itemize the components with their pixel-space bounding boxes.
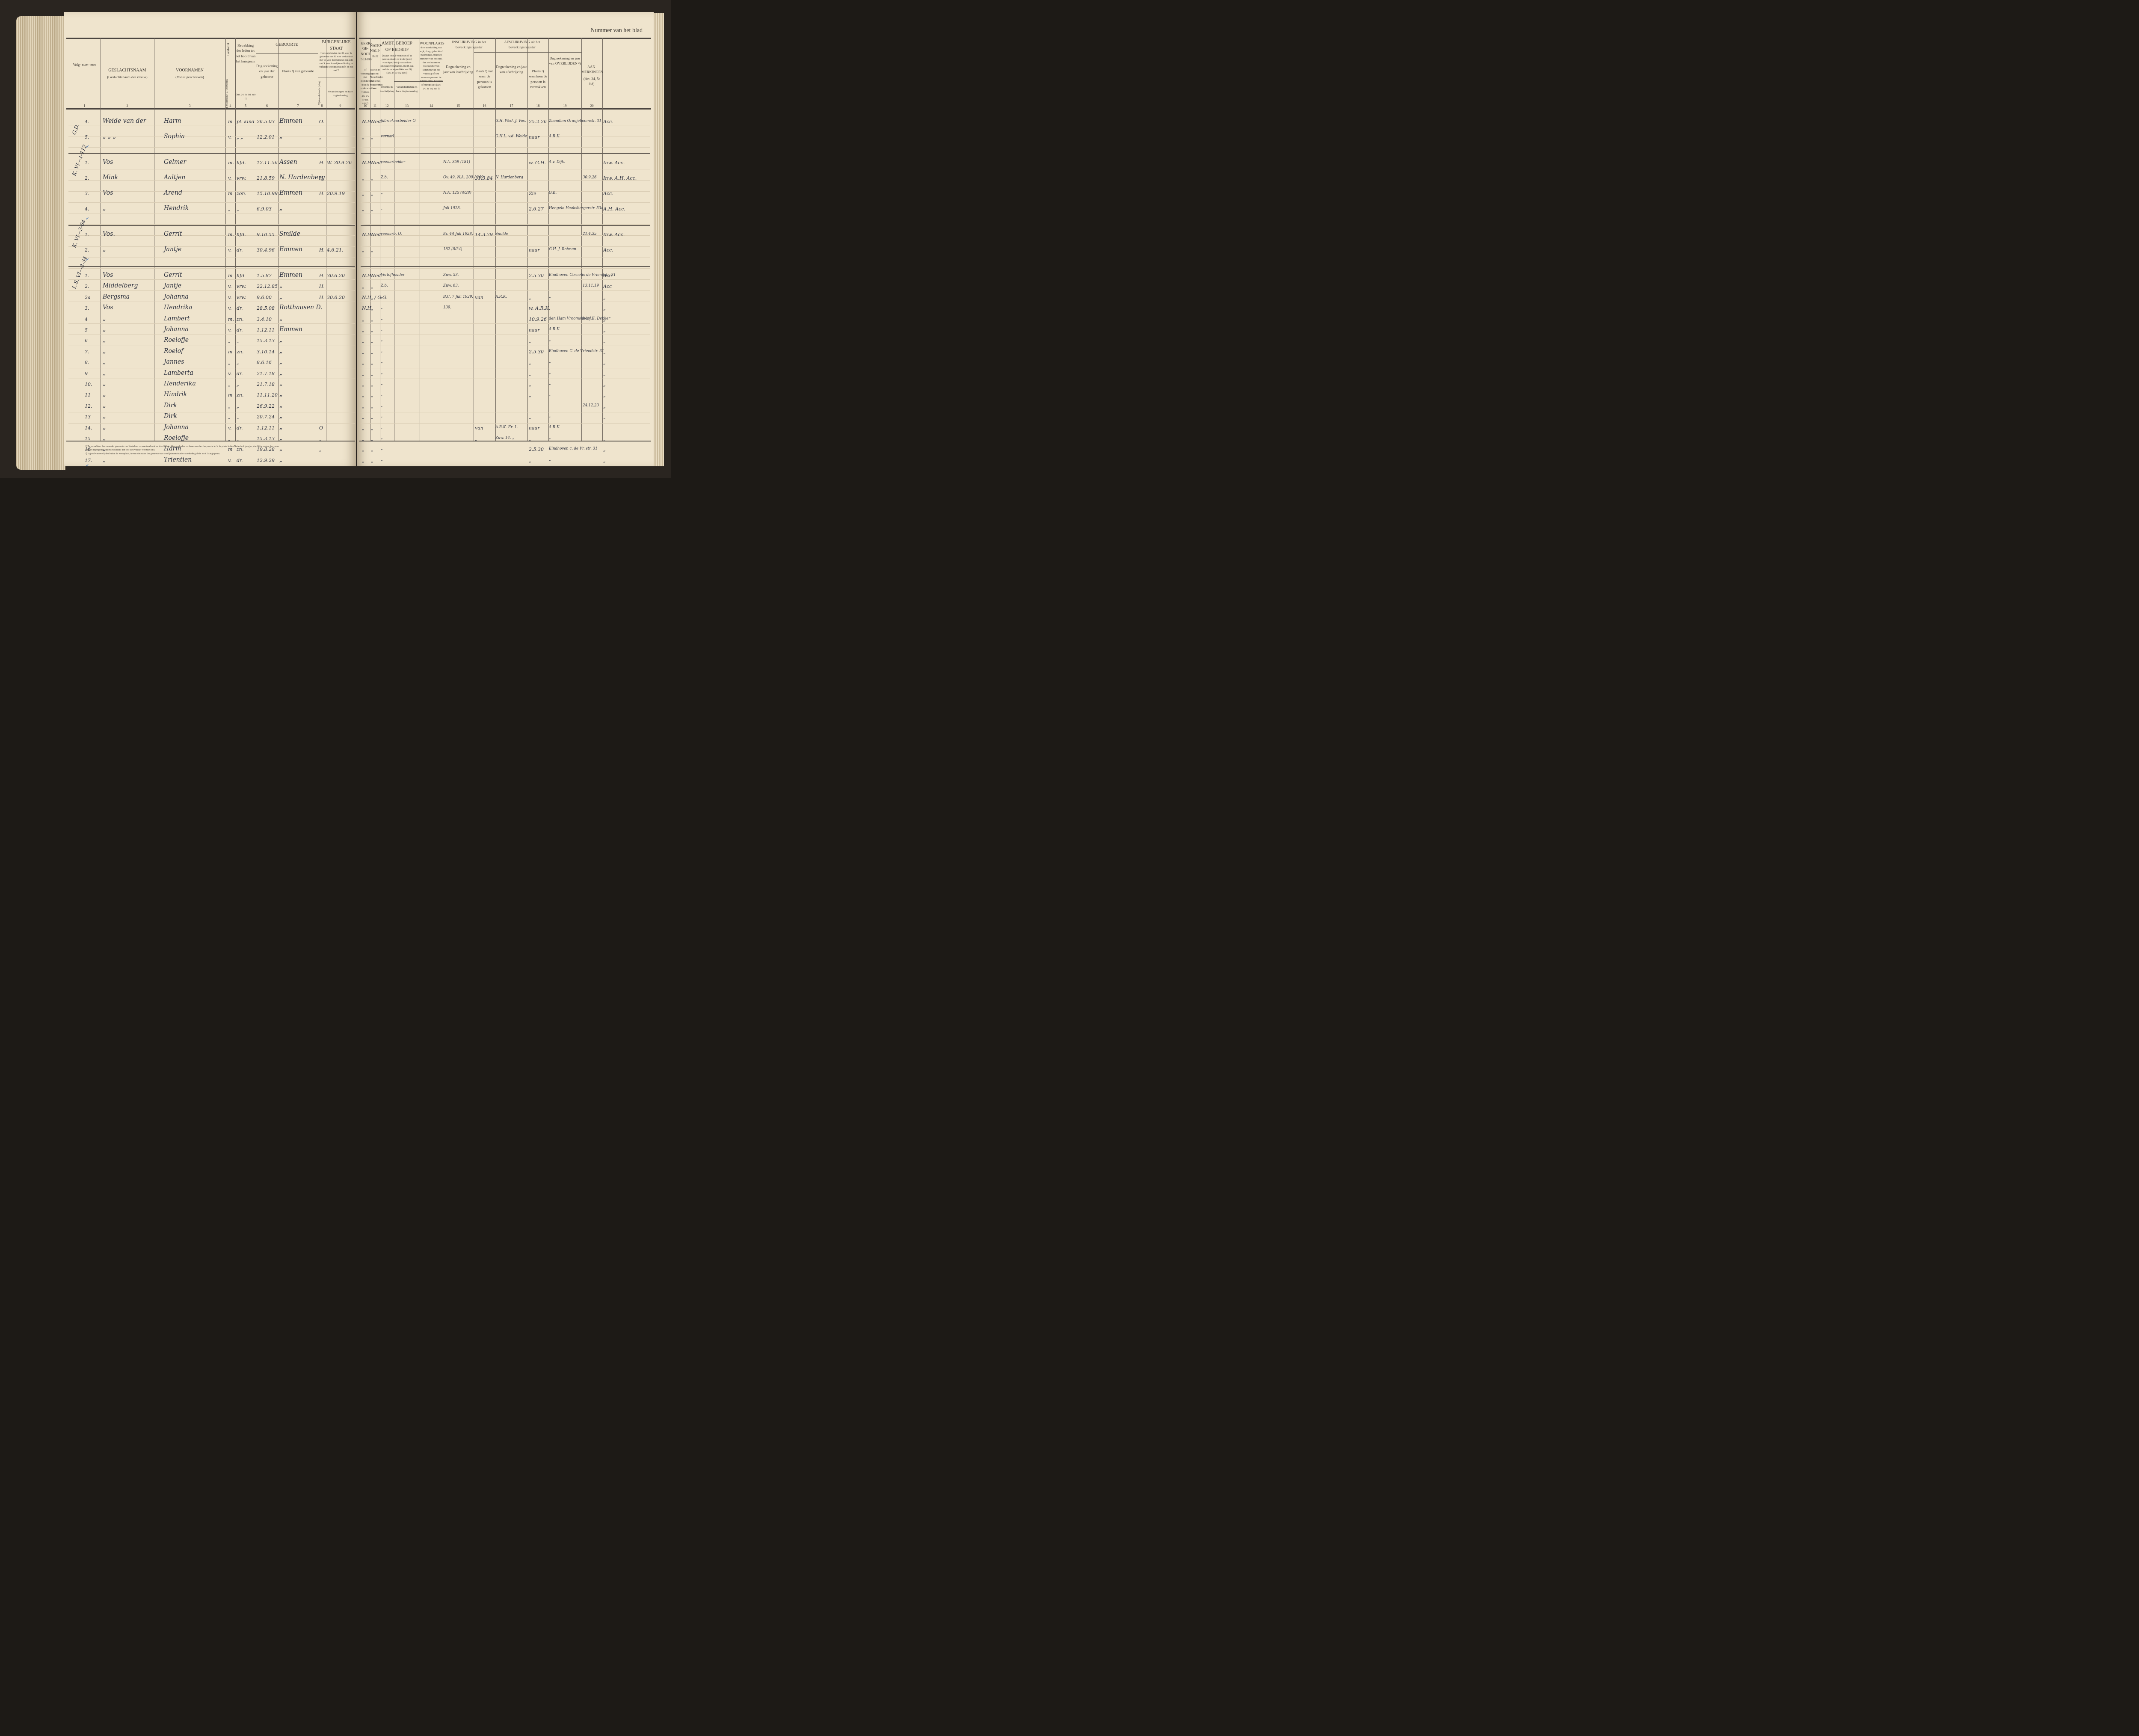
birth-date: 15.10.99 (257, 191, 278, 196)
church: „ (362, 458, 364, 463)
subheader-rule (527, 52, 581, 53)
family-separator (68, 153, 355, 154)
header-nationaliteit-sub: door in te vullen: Nederlander, Duitsche… (370, 68, 380, 91)
given-names: Sophia (164, 133, 185, 140)
header-inschrijving: INSCHRIJVING in het bevolkingsregister (443, 39, 495, 50)
header-ambt-tijdens: Tijdens de inschrijving (380, 85, 394, 93)
civil-status-change: W. 30.9.26 (327, 160, 352, 166)
occupation: „ (381, 371, 382, 375)
civil-status: „ (319, 134, 322, 140)
occupation: „ (381, 305, 382, 310)
sex: m (228, 349, 232, 355)
given-names: Dirk (164, 402, 177, 409)
birth-date: 15.3.13 (257, 338, 275, 344)
sex: v. (228, 327, 231, 333)
address: N.A. 359 (181) (443, 160, 470, 164)
birth-date: 26.5.03 (257, 119, 275, 124)
nationality: „ (371, 317, 373, 322)
deregistration-to: Hengelo Haaksbergerstr. 53a (549, 206, 603, 210)
given-names: Trientien (164, 456, 192, 463)
header-burgerlijke-staat-note: voor ongehuwden met O, voor de gehuwden … (318, 52, 355, 73)
ruled-line (361, 169, 650, 169)
ruled-line (361, 379, 650, 379)
column-number: 3 (154, 104, 225, 108)
surname: „ (103, 435, 106, 441)
relation: dr. (237, 371, 243, 376)
deregistration-date: naar (529, 425, 539, 431)
church: „ (362, 134, 364, 140)
ruled-line (68, 290, 355, 291)
ruled-line (361, 158, 650, 158)
birth-date: 1.12.11 (257, 327, 275, 333)
civil-status: „ (319, 436, 322, 441)
ruled-line (361, 213, 650, 213)
row-number: 11 (85, 392, 91, 398)
given-names: Hindrik (164, 391, 187, 398)
column-number: 18 (527, 104, 548, 108)
church: „ (362, 360, 364, 365)
birth-place: Emmen (279, 246, 302, 253)
deregistration-to: „ (549, 295, 551, 299)
header-top-rule (359, 38, 651, 39)
family-separator (68, 225, 355, 226)
deregistration-to: „ (549, 458, 551, 462)
birth-date: 11.11.20 (257, 392, 278, 398)
occupation: „ (381, 436, 382, 440)
remarks: Inw. Acc. (603, 232, 625, 237)
relation: hfd. (237, 232, 246, 237)
column-divider (474, 38, 474, 441)
birth-date: 6.9.03 (257, 206, 272, 212)
deregistration-to: „ (549, 338, 551, 342)
civil-status-change: 30.6.20 (327, 295, 345, 300)
sex: „ (228, 436, 231, 441)
civil-status: O. (319, 119, 324, 124)
row-number: 6 (85, 338, 88, 344)
surname: „ (103, 246, 106, 253)
birth-date: 3.10.14 (257, 349, 275, 355)
nationality: „ (371, 447, 373, 452)
row-number: 4 (85, 317, 88, 322)
sex: „ (228, 382, 231, 387)
given-names: Johanna (164, 293, 189, 300)
birth-place: „ (279, 315, 282, 322)
birth-place: Emmen (279, 272, 302, 278)
address: Zuw. 53. (443, 273, 459, 277)
column-divider (394, 38, 394, 441)
birth-date: 8.6.16 (257, 360, 272, 365)
church: „ (362, 247, 364, 253)
relation: zn. (237, 349, 243, 355)
ruled-line (68, 258, 355, 258)
nationality: „ (371, 349, 373, 355)
deregistration-date: naar (529, 327, 539, 333)
registration-date: 31.3.84 (475, 175, 493, 181)
deregistration-date: „ (529, 295, 531, 300)
row-number: 2. (85, 284, 89, 289)
row-number: 1. (85, 273, 89, 278)
ruled-line (68, 313, 355, 313)
death-date: 21.4.35 (583, 232, 596, 236)
birth-place: Rotthausen D. (279, 304, 323, 311)
column-divider (326, 38, 326, 441)
deregistration-date: naar (529, 134, 539, 140)
column-divider (527, 38, 528, 441)
address: 182 (8/34) (443, 247, 462, 252)
relation: dr. (237, 247, 243, 253)
birth-place: Emmen (279, 326, 302, 333)
birth-date: 9.6.00 (257, 295, 272, 300)
address: 139. (443, 305, 451, 310)
column-number: 17 (495, 104, 527, 108)
ruled-line (361, 313, 650, 313)
birth-place: Emmen (279, 118, 302, 124)
header-woonplaats: WOONPLAATS (420, 41, 443, 46)
header-afschrijving-plaats: Plaats ¹) waarheen de persoon is vertrok… (527, 68, 548, 89)
row-number: 15 (85, 436, 91, 441)
sex: m (228, 119, 232, 124)
column-divider (370, 38, 370, 441)
surname: „ „ „ (103, 133, 116, 140)
column-divider (548, 38, 549, 441)
civil-status: H. (319, 273, 325, 278)
registration-date: van (475, 295, 483, 300)
subheader-rule (318, 77, 355, 77)
sex: „ (228, 206, 231, 212)
remarks: „ (603, 349, 606, 355)
deregistration-to: Zaandam Oranjeboomstr. 31 (549, 119, 601, 123)
header-geslachtsnaam: GESLACHTSNAAM (101, 68, 154, 74)
deregistration-date: „ (529, 371, 531, 376)
nationality: „ (371, 134, 373, 140)
ruled-line (68, 379, 355, 379)
ruled-line (361, 147, 650, 148)
given-names: Harm (164, 118, 181, 124)
ruled-line (361, 346, 650, 346)
ruled-line (361, 412, 650, 412)
given-names: Dirk (164, 413, 177, 420)
ruled-line (361, 423, 650, 424)
relation: „ (237, 360, 239, 365)
given-names: Henderika (164, 380, 196, 387)
column-number: 6 (256, 104, 278, 108)
column-divider (495, 38, 496, 441)
ruled-line (68, 401, 355, 401)
row-number: 14. (85, 425, 92, 431)
deregistration-to: Eindhoven C. de Vriendstr. 31 (549, 349, 604, 353)
civil-status: H. (319, 295, 325, 300)
nationality: „ (371, 425, 373, 431)
registration-from: A.R.K. Er. 1. (495, 425, 518, 430)
header-aanmerkingen-sub: (Art. 24, 5e lid) (581, 76, 602, 87)
occupation: „ (381, 327, 382, 332)
occupation: veenarb. O. (381, 232, 402, 236)
row-number: 9 (85, 371, 88, 376)
surname: Vos (103, 304, 113, 311)
occupation: „ (381, 338, 382, 342)
sex: „ (228, 403, 231, 409)
occupation: „ (381, 317, 382, 321)
address: Juli 1928. (443, 206, 461, 210)
ruled-line (68, 246, 355, 247)
relation: zn. (237, 317, 243, 322)
header-geboorte-datum: Dag-teekening en jaar der geboorte (256, 63, 278, 79)
ruled-line (361, 290, 650, 291)
header-overlijden: Dagteekening en jaar van OVERLIJDEN ²) (548, 56, 581, 66)
family-separator (361, 225, 650, 226)
given-names: Johanna (164, 326, 189, 333)
occupation: „ (381, 458, 382, 462)
birth-place: „ (279, 391, 282, 398)
registration-date: van (475, 425, 483, 431)
given-names: Lamberta (164, 370, 193, 376)
header-geboorte: GEBOORTE (256, 42, 318, 48)
birth-place: Emmen (279, 190, 302, 196)
header-nationaliteit: NATIO-NALI-TEIT (370, 43, 380, 59)
sex: m. (228, 160, 234, 166)
header-geslachtsnaam-sub: (Geslachtsnaam der vrouw) (101, 74, 154, 80)
ruled-line (361, 434, 650, 434)
remarks: „ (603, 360, 606, 365)
remarks: „ (603, 447, 606, 452)
ruled-line (68, 357, 355, 357)
column-number: 12 (380, 104, 394, 108)
nationality: „ (371, 327, 373, 333)
church: „ (362, 425, 364, 431)
ruled-line (68, 335, 355, 335)
occupation: Z.b. (381, 284, 388, 288)
remarks: Inw. Acc. (603, 160, 625, 166)
deregistration-date: 2.6.27 (529, 206, 544, 212)
header-betrekking: Betrekking der leden tot het hoofd van h… (235, 43, 256, 64)
remarks: „ (603, 392, 606, 398)
relation: „ „ (237, 134, 243, 140)
column-number: 13 (394, 104, 420, 108)
deregistration-to: Eindhoven c. de Vr. str. 31 (549, 447, 598, 451)
ruled-line (68, 302, 355, 302)
header-inschrijving-datum: Dagteekening en jaar van inschrijving (443, 64, 474, 75)
column-divider (101, 38, 101, 441)
nationality: „ (371, 247, 373, 253)
address: Er. 44 Juli 1928. (443, 232, 473, 236)
birth-place: „ (279, 380, 282, 387)
given-names: Roelofje (164, 435, 189, 441)
church: „ (362, 349, 364, 355)
remarks: A.H. Acc. (603, 206, 625, 212)
ruled-line (68, 390, 355, 390)
remarks: „ (603, 436, 606, 441)
footnote-1: ¹) Te vermelden: den naam der gemeente v… (86, 445, 282, 452)
death-date: b/a J.E. Dekker (583, 317, 610, 321)
church: „ (362, 392, 364, 398)
church: „ (362, 447, 364, 452)
deregistration-to: „ (549, 436, 551, 440)
address: Zuw. 63. (443, 284, 459, 288)
occupation: „ (381, 425, 382, 430)
birth-date: 9.10.55 (257, 232, 275, 237)
ruled-line (361, 268, 650, 269)
deregistration-date: „ (529, 436, 531, 441)
church: „ (362, 206, 364, 212)
header-kerkgenootschap-sub: of vereeniging met godsdienstig doel (te… (361, 68, 370, 106)
remarks: „ (603, 382, 606, 387)
deregistration-to: „ (549, 382, 551, 386)
remarks: Acc. (603, 191, 613, 196)
surname: Vos (103, 272, 113, 278)
row-number: 2. (85, 247, 89, 253)
address: B.C. 7 Juli 1929. (443, 295, 473, 299)
nationality: „ (371, 436, 373, 441)
nationality: „ (371, 360, 373, 365)
header-veranderingen: Veranderingen en hare dagteekening (326, 90, 355, 98)
nationality: „ (371, 392, 373, 398)
birth-date: 21.7.18 (257, 371, 275, 376)
death-date: 13.11.19 (583, 284, 599, 288)
ruled-line (361, 401, 650, 401)
column-divider (256, 38, 256, 441)
birth-place: „ (279, 133, 282, 140)
subheader-rule (256, 53, 318, 54)
family-separator (361, 266, 650, 267)
church: „ (362, 414, 364, 420)
civil-status: H. (319, 247, 325, 253)
nationality: „ (371, 206, 373, 212)
surname: „ (103, 205, 106, 212)
deregistration-date: w. G.H. (529, 160, 546, 166)
row-number: 1. (85, 232, 89, 237)
nationality: „ (371, 371, 373, 376)
remarks: „ (603, 305, 606, 311)
relation: dr. (237, 305, 243, 311)
civil-status: H. (319, 175, 325, 181)
given-names: Gerrit (164, 272, 182, 278)
deregistration-to: „ (549, 392, 551, 397)
occupation: „ (381, 295, 382, 299)
column-number: 16 (474, 104, 495, 108)
deregistration-to: G.K. (549, 191, 557, 195)
civil-status: O (319, 425, 323, 431)
church: „ (362, 317, 364, 322)
surname: Vos (103, 159, 113, 166)
occupation: vernarl. (381, 134, 395, 139)
ruled-line (361, 357, 650, 357)
birth-date: 20.7.24 (257, 414, 275, 420)
sheet-number-label: Nummer van het blad (590, 27, 643, 34)
sex: „ (228, 338, 231, 344)
column-number: 2 (101, 104, 154, 108)
relation: dr. (237, 327, 243, 333)
death-date: 24.12.23 (583, 403, 599, 408)
church: N.H. / G.G. (362, 295, 388, 300)
header-ambt-veranderingen: Veranderingen en hare dagteekening (394, 85, 420, 93)
relation: „ (237, 206, 239, 212)
registration-from: N. Hardenberg (495, 175, 523, 180)
birth-place: „ (279, 205, 282, 212)
ruled-line (361, 258, 650, 258)
surname: Vos (103, 190, 113, 196)
surname: „ (103, 402, 106, 409)
ruled-line (68, 202, 355, 203)
header-aanmerkingen: AAN-MERKINGEN (581, 64, 602, 75)
sex: m (228, 392, 232, 398)
ruled-line (361, 368, 650, 368)
header-betrekking-sub: (Art. 24, 3e lid, sub c) (235, 93, 256, 101)
nationality: „ (371, 414, 373, 420)
column-number: 1 (68, 104, 101, 108)
surname: „ (103, 413, 106, 420)
deregistration-to: A.R.K. (549, 134, 560, 139)
surname: „ (103, 358, 106, 365)
birth-date: 21.7.18 (257, 382, 275, 387)
header-geboorte-plaats: Plaats ¹) van geboorte (278, 68, 318, 74)
civil-status-change: 30.6.20 (327, 273, 345, 278)
row-number: 8. (85, 360, 89, 365)
given-names: Aaltjen (164, 174, 185, 181)
ruled-line (361, 302, 650, 302)
row-number: 13 (85, 414, 91, 420)
occupation: „ (381, 447, 382, 451)
row-number: 12. (85, 403, 92, 409)
given-names: Jannes (164, 358, 184, 365)
column-divider (278, 38, 278, 441)
deregistration-to: „ (549, 371, 551, 375)
nationality: „ (371, 295, 373, 300)
ruled-line (68, 213, 355, 213)
column-number: 15 (443, 104, 474, 108)
surname: „ (103, 315, 106, 322)
column-number: 19 (548, 104, 581, 108)
header-voornamen-sub: (Voluit geschreven) (154, 74, 225, 80)
birth-date: 1.5.87 (257, 273, 272, 278)
row-number: 2a (85, 295, 91, 300)
birth-date: 12.9.29 (257, 458, 275, 463)
birth-date: 3.4.10 (257, 317, 272, 322)
occupation: „ (381, 206, 382, 210)
column-number: 20 (581, 104, 602, 108)
occupation: „ (381, 382, 382, 386)
surname: „ (103, 370, 106, 376)
civil-status-change: 20.9.19 (327, 191, 345, 196)
birth-date: 26.9.22 (257, 403, 275, 409)
surname: „ (103, 326, 106, 333)
occupation: „ (381, 414, 382, 418)
birth-place: „ (279, 413, 282, 420)
church: „ (362, 382, 364, 387)
birth-place: N. Hardenberg (279, 174, 325, 181)
given-names: Jantje (164, 246, 181, 253)
remarks: „ (603, 371, 606, 376)
given-names: Hendrik (164, 205, 189, 212)
header-geslacht: Geslacht (225, 43, 235, 56)
birth-place: „ (279, 293, 282, 300)
sex: v. (228, 175, 231, 181)
column-divider (420, 38, 420, 441)
surname: „ (103, 380, 106, 387)
header-afschrijving-datum: Dagteekening en jaar van afschrijving (495, 64, 527, 75)
birth-date: 21.8.59 (257, 175, 275, 181)
deregistration-date: „ (529, 338, 531, 344)
sex: v. (228, 134, 231, 140)
ruled-line (361, 335, 650, 335)
church: „ (362, 403, 364, 409)
column-number: 10 (361, 104, 370, 108)
deregistration-date: 25.2.26 (529, 119, 547, 124)
column-divider (380, 38, 380, 441)
sex: v. (228, 247, 231, 253)
nationality: „ (371, 403, 373, 409)
column-number: 8 (318, 104, 326, 108)
remarks: „ (603, 403, 606, 409)
